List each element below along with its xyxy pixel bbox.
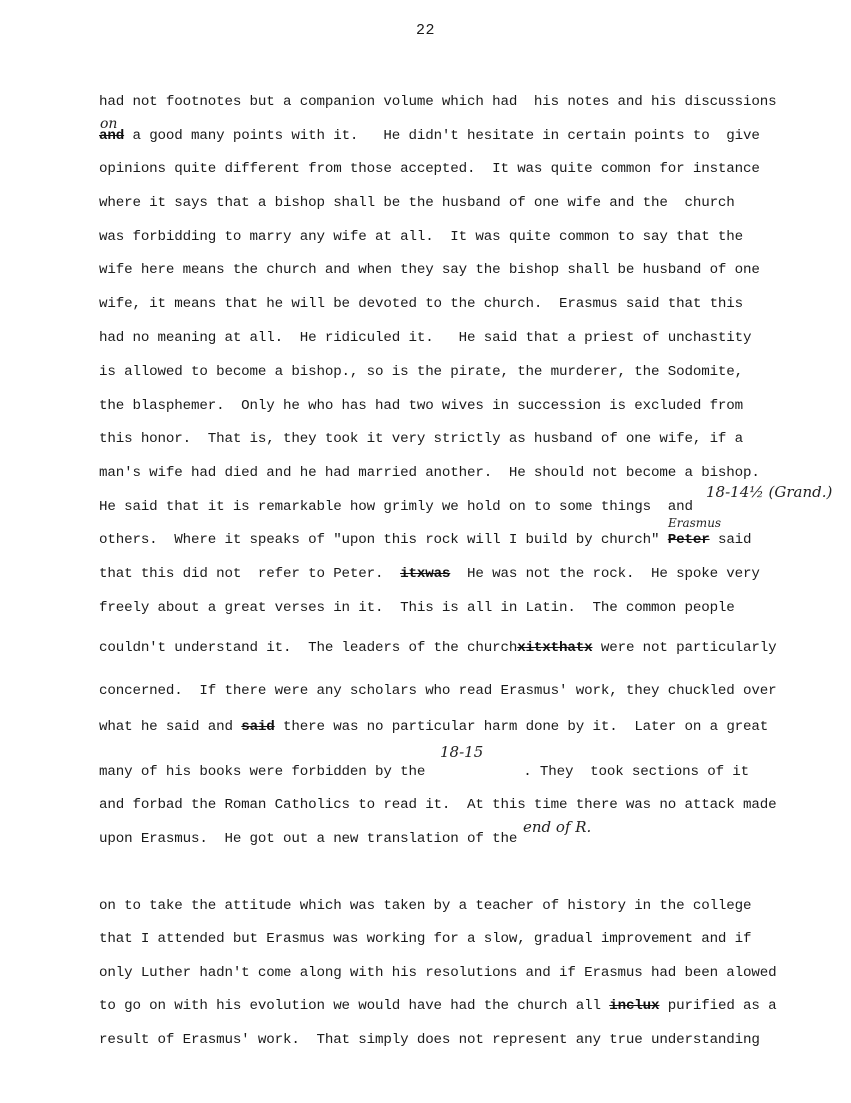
text-line: opinions quite different from those acce… — [99, 162, 760, 176]
text-line: only Luther hadn't come along with his r… — [99, 966, 776, 980]
page-number: 22 — [0, 22, 851, 39]
text-line: what he said and said there was no parti… — [99, 720, 768, 734]
text-line: the blasphemer. Only he who has had two … — [99, 399, 743, 413]
text-line: this honor. That is, they took it very s… — [99, 432, 743, 446]
handwritten-annotation: Erasmus — [668, 517, 721, 529]
text-line: others. Where it speaks of "upon this ro… — [99, 533, 751, 547]
text-segment: there was no particular harm done by it.… — [275, 719, 768, 735]
text-line: that I attended but Erasmus was working … — [99, 932, 751, 946]
text-segment: couldn't understand it. The leaders of t… — [99, 640, 517, 656]
text-segment: said — [710, 532, 752, 548]
struck-word: xitxthatx — [517, 640, 592, 656]
text-line: had not footnotes but a companion volume… — [99, 95, 776, 109]
text-segment: many of his books were forbidden by the — [99, 764, 425, 780]
text-line: couldn't understand it. The leaders of t… — [99, 641, 777, 655]
text-segment: to go on with his evolution we would hav… — [99, 998, 601, 1014]
struck-word: inclux — [609, 998, 659, 1014]
text-line: freely about a great verses in it. This … — [99, 601, 735, 615]
text-segment: . They took sections of it — [523, 764, 749, 780]
text-line: was forbidding to marry any wife at all.… — [99, 230, 743, 244]
text-line: upon Erasmus. He got out a new translati… — [99, 832, 517, 846]
text-line: and forbad the Roman Catholics to read i… — [99, 798, 776, 812]
struck-word: said — [241, 719, 274, 735]
text-line: and a good many points with it. He didn'… — [99, 129, 760, 143]
text-segment: were not particularly — [592, 640, 776, 656]
text-line: on to take the attitude which was taken … — [99, 899, 751, 913]
text-line: man's wife had died and he had married a… — [99, 466, 760, 480]
text-line: had no meaning at all. He ridiculed it. … — [99, 331, 751, 345]
text-segment: what he said and — [99, 719, 233, 735]
text-line: result of Erasmus' work. That simply doe… — [99, 1033, 760, 1047]
text-line: where it says that a bishop shall be the… — [99, 196, 735, 210]
text-line: is allowed to become a bishop., so is th… — [99, 365, 743, 379]
text-line: He said that it is remarkable how grimly… — [99, 500, 693, 514]
text-line: to go on with his evolution we would hav… — [99, 999, 777, 1013]
handwritten-annotation: 18-14½ (Grand.) — [706, 485, 832, 500]
struck-word: Peter — [668, 532, 710, 548]
handwritten-annotation: end of R. — [523, 820, 591, 835]
text-segment: a good many points with it. He didn't he… — [132, 128, 759, 144]
text-segment: others. Where it speaks of "upon this ro… — [99, 532, 659, 548]
text-line: many of his books were forbidden by the.… — [99, 765, 749, 779]
text-line: that this did not refer to Peter. itxwas… — [99, 567, 760, 581]
handwritten-annotation: on — [100, 117, 117, 131]
text-line: wife, it means that he will be devoted t… — [99, 297, 743, 311]
text-segment: He was not the rock. He spoke very — [450, 566, 759, 582]
text-line: wife here means the church and when they… — [99, 263, 760, 277]
text-segment: that this did not refer to Peter. — [99, 566, 383, 582]
struck-word: itxwas — [400, 566, 450, 582]
text-line: concerned. If there were any scholars wh… — [99, 684, 776, 698]
text-segment: purified as a — [659, 998, 776, 1014]
handwritten-annotation: 18-15 — [440, 745, 483, 760]
